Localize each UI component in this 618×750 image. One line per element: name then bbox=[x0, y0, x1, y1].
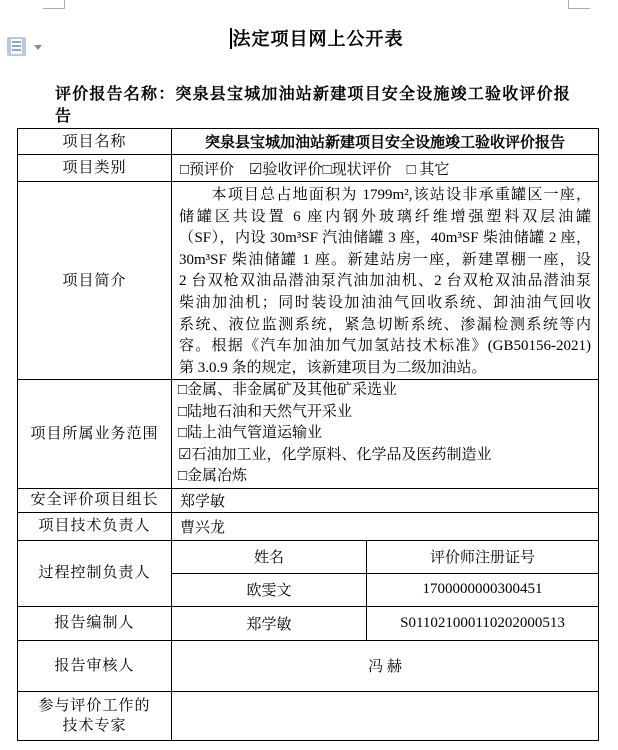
experts-label: 参与评价工作的 技术专家 bbox=[18, 691, 172, 740]
table-row: 过程控制负责人 姓名 评价师注册证号 bbox=[18, 540, 599, 573]
scope-item: □金属冶炼 bbox=[178, 466, 598, 488]
scope-item: □金属、非金属矿及其他矿采选业 bbox=[178, 380, 598, 402]
report-name-paragraph: 评价报告名称：突泉县宝城加油站新建项目安全设施竣工验收评价报 告 bbox=[55, 84, 590, 128]
report-reviewer-label: 报告审核人 bbox=[18, 640, 172, 691]
document-canvas[interactable]: { "document": { "title": "法定项目网上公开表", "r… bbox=[0, 0, 618, 750]
title-row: 法定项目网上公开表 bbox=[43, 25, 590, 51]
table-row: 项目技术负责人 曹兴龙 bbox=[18, 512, 599, 540]
margin-crop-mark-right bbox=[568, 0, 590, 9]
paste-options-button[interactable] bbox=[5, 36, 47, 58]
tech-director-label: 项目技术负责人 bbox=[18, 512, 172, 540]
table-row: 安全评价项目组长 郑学敏 bbox=[18, 488, 599, 512]
table-row: 参与评价工作的 技术专家 bbox=[18, 691, 599, 740]
report-writer-label: 报告编制人 bbox=[18, 606, 172, 640]
summary-line: 系统、液位监测系统，紧急切断系统、渗漏检测系统等内 bbox=[179, 315, 591, 337]
business-scope-list: □金属、非金属矿及其他矿采选业 □陆地石油和天然气开采业 □陆上油气管道运输业 … bbox=[172, 380, 599, 489]
experts-label-line: 参与评价工作的 bbox=[18, 696, 171, 716]
document-title: 法定项目网上公开表 bbox=[233, 29, 404, 49]
scope-item: □陆地石油和天然气开采业 bbox=[178, 402, 598, 424]
table-row: 项目简介 本项目总占地面积为 1799m²,该站设非承重罐区一座， 储罐区共设置… bbox=[18, 182, 599, 380]
experts-label-line: 技术专家 bbox=[18, 716, 171, 736]
text-cursor bbox=[230, 28, 232, 49]
process-control-name: 欧雯文 bbox=[172, 573, 367, 606]
report-reviewer-value: 冯 赫 bbox=[172, 640, 599, 691]
process-control-cert: 1700000000300451 bbox=[367, 573, 599, 606]
document-page-icon bbox=[11, 39, 22, 54]
summary-line: 容。根据《汽车加油加气加氢站技术标准》(GB50156-2021) bbox=[179, 336, 591, 358]
summary-line: 第 3.0.9 条的规定，该新建项目为二级加油站。 bbox=[179, 358, 591, 380]
margin-crop-mark-left bbox=[43, 0, 65, 9]
table-row: 报告编制人 郑学敏 S011021000110202000513 bbox=[18, 606, 599, 640]
summary-line: 柴油加油机；同时装设加油油气回收系统、卸油油气回收 bbox=[179, 293, 591, 315]
team-leader-label: 安全评价项目组长 bbox=[18, 488, 172, 512]
paste-options-icon bbox=[7, 37, 26, 56]
table-row: 项目所属业务范围 □金属、非金属矿及其他矿采选业 □陆地石油和天然气开采业 □陆… bbox=[18, 380, 599, 489]
business-scope-label: 项目所属业务范围 bbox=[18, 380, 172, 489]
tech-director-value: 曹兴龙 bbox=[172, 512, 599, 540]
project-type-label: 项目类别 bbox=[18, 155, 172, 182]
report-writer-cert: S011021000110202000513 bbox=[367, 606, 599, 640]
table-row: 项目类别 □预评价 ☑验收评价□现状评价 □ 其它 bbox=[18, 155, 599, 182]
report-name-line: 评价报告名称：突泉县宝城加油站新建项目安全设施竣工验收评价报 bbox=[55, 84, 590, 106]
team-leader-value: 郑学敏 bbox=[172, 488, 599, 512]
scope-item: ☑石油加工业，化学原料、化学品及医药制造业 bbox=[178, 445, 598, 467]
summary-line: 本项目总占地面积为 1799m²,该站设非承重罐区一座， bbox=[179, 185, 591, 207]
project-name-label: 项目名称 bbox=[18, 129, 172, 155]
cert-column-header: 评价师注册证号 bbox=[367, 540, 599, 573]
dropdown-arrow-icon bbox=[34, 45, 42, 50]
disclosure-table: 项目名称 突泉县宝城加油站新建项目安全设施竣工验收评价报告 项目类别 □预评价 … bbox=[17, 128, 599, 741]
project-type-options: □预评价 ☑验收评价□现状评价 □ 其它 bbox=[172, 155, 599, 182]
report-writer-name: 郑学敏 bbox=[172, 606, 367, 640]
experts-value bbox=[172, 691, 599, 740]
project-name-value: 突泉县宝城加油站新建项目安全设施竣工验收评价报告 bbox=[172, 129, 599, 155]
summary-line: 30m³SF 柴油储罐 1 座。新建站房一座，新建罩棚一座，设 bbox=[179, 250, 591, 272]
summary-line: 储罐区共设置 6 座内钢外玻璃纤维增强塑料双层油罐 bbox=[179, 207, 591, 229]
name-column-header: 姓名 bbox=[172, 540, 367, 573]
summary-line: （SF），内设 30m³SF 汽油储罐 3 座，40m³SF 柴油储罐 2 座， bbox=[179, 228, 591, 250]
process-control-label: 过程控制负责人 bbox=[18, 540, 172, 606]
table-row: 报告审核人 冯 赫 bbox=[18, 640, 599, 691]
scope-item: □陆上油气管道运输业 bbox=[178, 423, 598, 445]
report-name-line: 告 bbox=[55, 106, 590, 128]
table-row: 项目名称 突泉县宝城加油站新建项目安全设施竣工验收评价报告 bbox=[18, 129, 599, 155]
summary-line: 2 台双枪双油品潜油泵汽油加油机、2 台双枪双油品潜油泵 bbox=[179, 271, 591, 293]
project-summary-text: 本项目总占地面积为 1799m²,该站设非承重罐区一座， 储罐区共设置 6 座内… bbox=[172, 182, 599, 380]
project-summary-label: 项目简介 bbox=[18, 182, 172, 380]
